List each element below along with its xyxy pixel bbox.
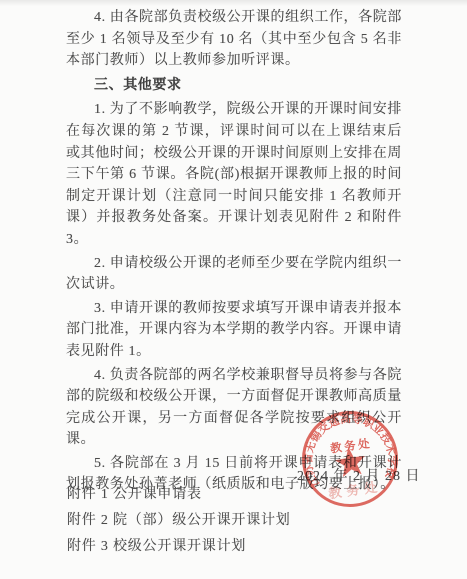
paragraph-item-3: 3. 申请开课的教师按要求填写开课申请表并报本部门批准，开课内容为本学期的教学内… [66,298,402,363]
document-body: 4. 由各院部负责校级公开课的组织工作，各院部至少 1 名领导及至少有 10 名… [66,7,402,498]
attachment-list: 附件 1 公开课申请表 附件 2 院（部）级公开课开课计划 附件 3 校级公开课… [67,482,397,560]
paragraph-org-work: 4. 由各院部负责校级公开课的组织工作，各院部至少 1 名领导及至少有 10 名… [66,7,402,72]
paragraph-item-4: 4. 负责各院部的两名学校兼职督导员将参与各院部的院级和校级公开课，一方面督促开… [66,365,402,451]
section-heading-other-requirements: 三、其他要求 [66,75,402,97]
attachment-item-1: 附件 1 公开课申请表 [67,482,397,508]
scan-top-edge [0,0,467,6]
paragraph-item-1: 1. 为了不影响教学，院级公开课的开课时间安排在每次课的第 2 节课，评课时间可… [66,99,402,250]
attachment-item-3: 附件 3 校级公开课开课计划 [67,534,397,560]
paragraph-item-2: 2. 申请校级公开课的老师至少要在学院内组织一次试讲。 [66,253,402,296]
attachment-item-2: 附件 2 院（部）级公开课开课计划 [67,508,397,534]
